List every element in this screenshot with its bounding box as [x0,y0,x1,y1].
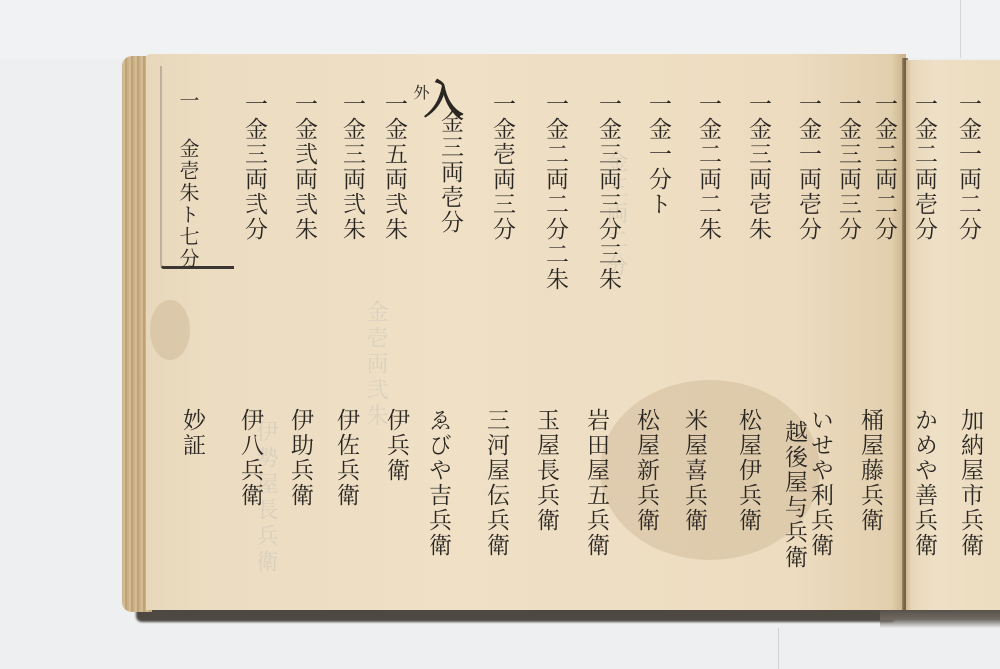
amount-entry: 一金三両三分三朱 [596,92,619,292]
background-seam [778,628,779,669]
amount-entry: 一金一両二分 [956,92,979,242]
amount-entry: 一金五両弐朱 [382,92,405,242]
paper-stain [150,300,190,360]
name-entry: 越後屋与兵衛 [782,420,805,570]
name-entry: 伊八兵衛 [238,408,261,508]
name-entry: 伊佐兵衛 [334,408,357,508]
name-entry: 松屋伊兵衛 [736,408,759,533]
amount-entry: 一金二両二分 [872,92,895,242]
amount-entry: 一金二両壱分 [912,92,935,242]
amount-entry: 一金三両三分 [836,92,859,242]
scanner-background-top [0,0,1000,58]
name-entry: 三河屋伝兵衛 [484,408,507,558]
name-entry: 加納屋市兵衛 [958,408,981,558]
amount-entry: 一金壱両三分 [490,92,513,242]
amount-entry: 一金三両弐朱 [340,92,363,242]
name-entry: 玉屋長兵衛 [534,408,557,533]
background-seam [960,0,961,58]
amount-entry: 一金弐両弐朱 [292,92,315,242]
amount-entry: 一金三両弐分 [242,92,265,242]
amount-entry: 一金三両壱朱 [746,92,769,242]
name-entry: 松屋新兵衛 [634,408,657,533]
name-entry: 岩田屋五兵衛 [584,408,607,558]
name-entry: かめや善兵衛 [912,408,935,558]
name-entry: 桶屋藤兵衛 [858,408,881,533]
amount-entry: 一金一両壱分 [796,92,819,242]
name-entry: ゑびや吉兵衛 [426,408,449,558]
boxed-entry: 一 金壱朱ト七分 [178,90,198,270]
amount-entry: 一金二両二朱 [696,92,719,242]
name-entry: 妙証 [180,408,203,458]
name-entry: 米屋喜兵衛 [682,408,705,533]
name-entry: 伊助兵衛 [288,408,311,508]
amount-entry: 金三両壱分 [438,110,461,235]
side-note: 外 [412,84,428,102]
name-entry: いせや利兵衛 [808,408,831,558]
name-entry: 伊兵衛 [384,408,407,483]
amount-entry: 一金二両二分二朱 [543,92,566,292]
amount-entry: 一金一分ト [646,92,669,217]
